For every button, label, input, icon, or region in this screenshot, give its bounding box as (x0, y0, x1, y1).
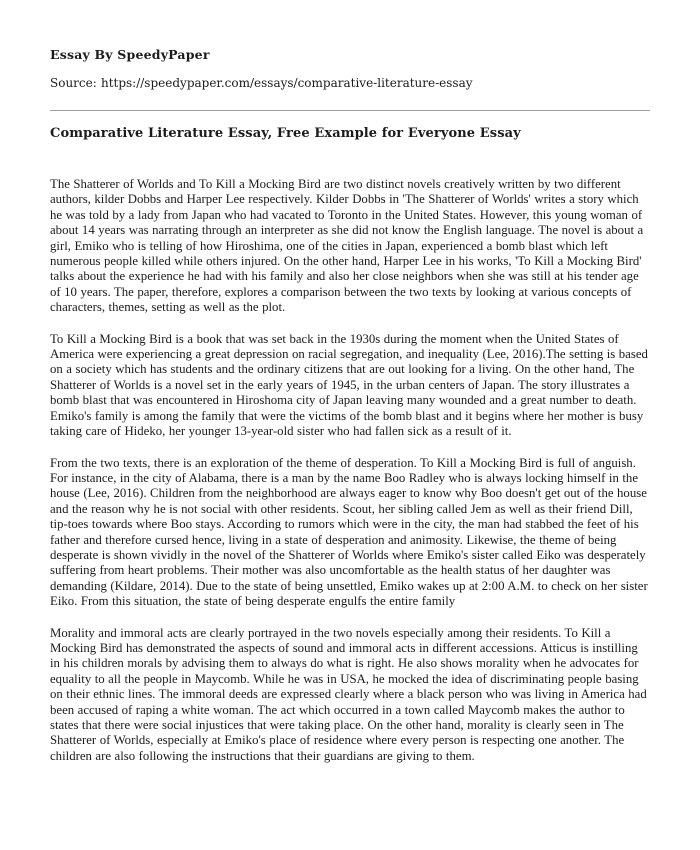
essay-paragraph-intro: The Shatterer of Worlds and To Kill a Mo… (50, 177, 650, 316)
document-header: Essay By SpeedyPaper Source:https://spee… (50, 48, 650, 90)
document-page: Essay By SpeedyPaper Source:https://spee… (0, 0, 700, 850)
header-divider (50, 110, 650, 111)
source-line: Source:https://speedypaper.com/essays/co… (50, 76, 650, 90)
source-url: https://speedypaper.com/essays/comparati… (101, 76, 473, 90)
essay-paragraph-desperation-theme: From the two texts, there is an explorat… (50, 456, 650, 610)
essay-title: Comparative Literature Essay, Free Examp… (50, 126, 650, 141)
source-label: Source: (50, 76, 97, 90)
brand-title: Essay By SpeedyPaper (50, 48, 650, 62)
essay-paragraph-morality-theme: Morality and immoral acts are clearly po… (50, 626, 650, 765)
essay-paragraph-setting: To Kill a Mocking Bird is a book that wa… (50, 332, 650, 440)
essay-body: The Shatterer of Worlds and To Kill a Mo… (50, 177, 650, 764)
